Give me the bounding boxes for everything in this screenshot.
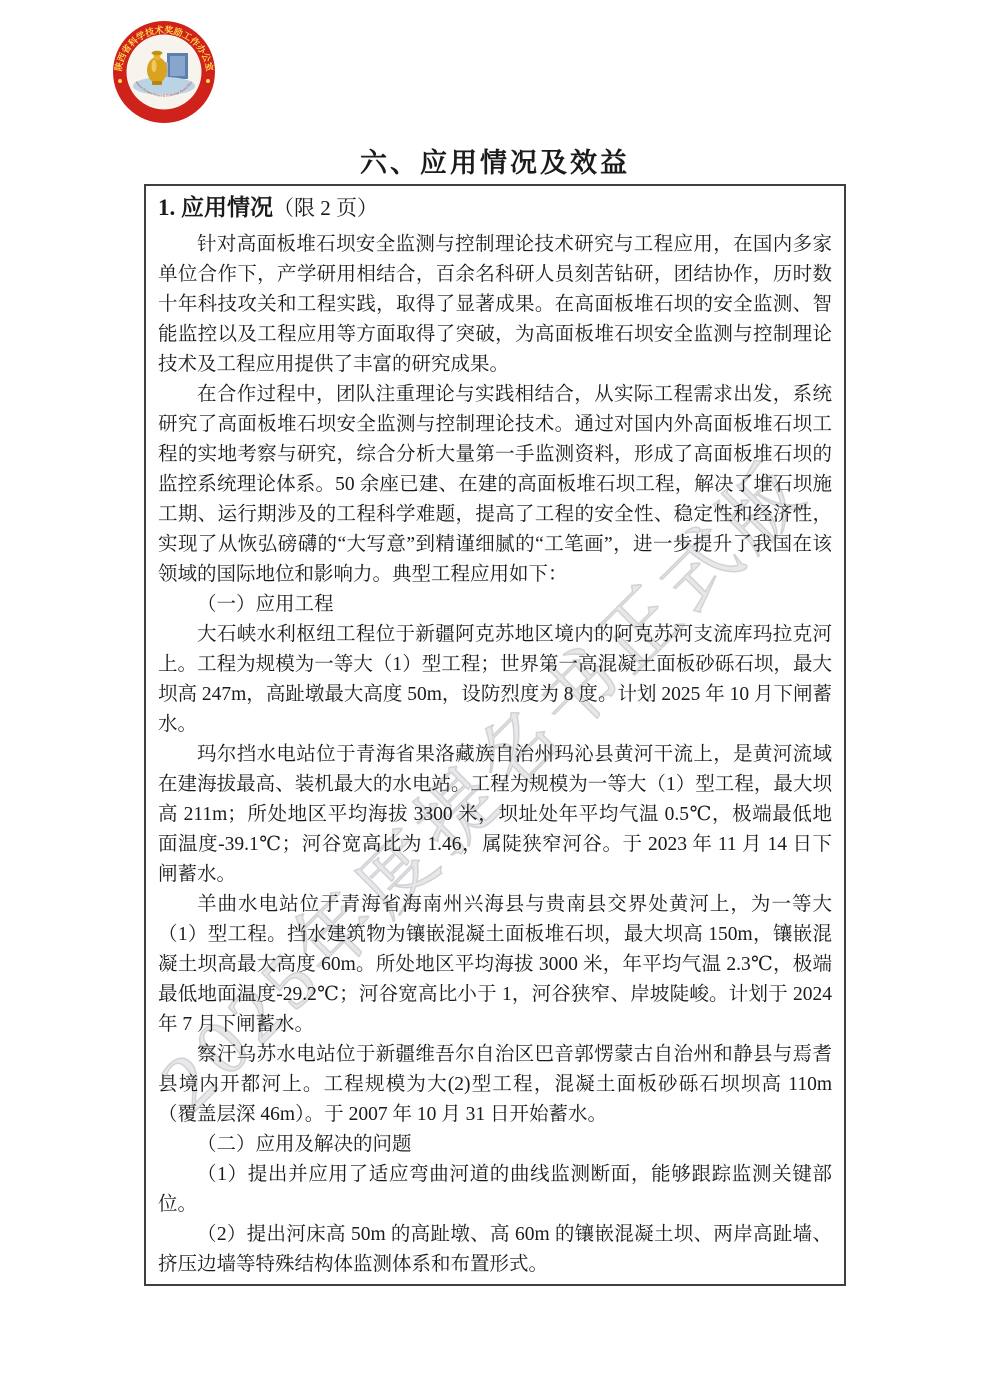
award-office-seal-icon: 陕西省科学技术奖励工作办公室 Shaanxi Province Science …	[112, 20, 216, 124]
paragraph: 察汗乌苏水电站位于新疆维吾尔自治区巴音郭愣蒙古自治州和静县与焉耆县境内开都河上。…	[158, 1040, 832, 1130]
paragraph: 大石峡水利枢纽工程位于新疆阿克苏地区境内的阿克苏河支流库玛拉克河上。工程为规模为…	[158, 620, 832, 740]
seal-right-star-icon	[206, 79, 210, 83]
paragraph: 羊曲水电站位于青海省海南州兴海县与贵南县交界处黄河上，为一等大（1）型工程。挡水…	[158, 890, 832, 1040]
paragraph: 针对高面板堆石坝安全监测与控制理论技术研究与工程应用，在国内多家单位合作下，产学…	[158, 230, 832, 380]
subheading-problems-solved: （二）应用及解决的问题	[158, 1130, 832, 1160]
paragraph: 在合作过程中，团队注重理论与实践相结合，从实际工程需求出发，系统研究了高面板堆石…	[158, 380, 832, 590]
subheading-application-projects: （一）应用工程	[158, 590, 832, 620]
section-heading-limit: （限 2 页）	[273, 196, 378, 220]
section-heading: 1. 应用情况（限 2 页）	[158, 189, 832, 230]
section-heading-title: 应用情况	[181, 195, 273, 220]
paragraph: （1）提出并应用了适应弯曲河道的曲线监测断面，能够跟踪监测关键部位。	[158, 1160, 832, 1220]
application-section-box: 1. 应用情况（限 2 页） 针对高面板堆石坝安全监测与控制理论技术研究与工程应…	[144, 184, 846, 1286]
building-glass	[170, 56, 185, 76]
seal-svg: 陕西省科学技术奖励工作办公室 Shaanxi Province Science …	[112, 20, 216, 124]
paragraph: 玛尔挡水电站位于青海省果洛藏族自治州玛沁县黄河干流上，是黄河流域在建海拔最高、装…	[158, 740, 832, 890]
seal-left-star-icon	[118, 79, 122, 83]
section-heading-number: 1.	[158, 195, 175, 220]
document-page: 2025年度提名书正式版 陕西	[0, 0, 990, 1399]
page-title: 六、应用情况及效益	[0, 141, 990, 180]
paragraph: （2）提出河床高 50m 的高趾墩、高 60m 的镶嵌混凝土坝、两岸高趾墙、挤压…	[158, 1220, 832, 1280]
